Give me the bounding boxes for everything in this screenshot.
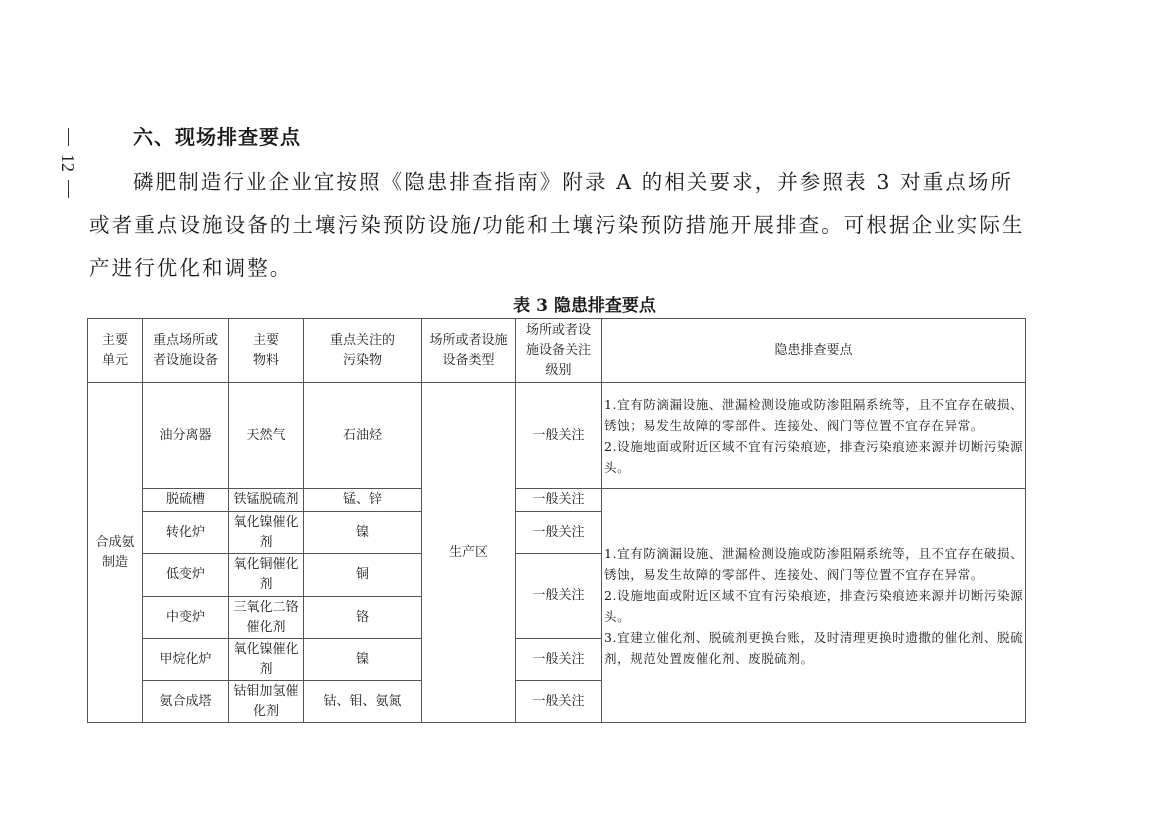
facility-cell: 中变炉	[143, 597, 229, 639]
level-cell: 一般关注	[516, 489, 602, 512]
header-cell: 重点场所或者设施设备	[143, 319, 229, 383]
material-cell: 钴钼加氢催化剂	[229, 681, 304, 723]
key-points-cell: 1.宜有防滴漏设施、泄漏检测设施或防渗阻隔系统等，且不宜存在破损、锈蚀，易发生故…	[602, 489, 1026, 723]
key-point-item: 3.宜建立催化剂、脱硫剂更换台账，及时清理更换时遗撒的催化剂、脱硫剂，规范处置废…	[604, 627, 1024, 669]
material-cell: 天然气	[229, 383, 304, 489]
header-cell: 主要物料	[229, 319, 304, 383]
material-cell: 氧化镍催化剂	[229, 512, 304, 554]
hazard-inspection-table: 主要单元 重点场所或者设施设备 主要物料 重点关注的污染物 场所或者设施设备类型…	[87, 318, 1026, 723]
pollutant-cell: 镍	[304, 639, 422, 681]
key-points-cell: 1.宜有防滴漏设施、泄漏检测设施或防渗阻隔系统等，且不宜存在破损、锈蚀；易发生故…	[602, 383, 1026, 489]
page-number-text: 12	[58, 154, 78, 172]
material-cell: 三氧化二铬催化剂	[229, 597, 304, 639]
key-point-item: 1.宜有防滴漏设施、泄漏检测设施或防渗阻隔系统等，且不宜存在破损、锈蚀；易发生故…	[604, 394, 1024, 436]
level-cell: 一般关注	[516, 681, 602, 723]
facility-cell: 脱硫槽	[143, 489, 229, 512]
facility-cell: 氨合成塔	[143, 681, 229, 723]
header-cell: 场所或者设施设备类型	[422, 319, 516, 383]
header-cell: 场所或者设施设备关注级别	[516, 319, 602, 383]
pollutant-cell: 铬	[304, 597, 422, 639]
pollutant-cell: 锰、锌	[304, 489, 422, 512]
material-cell: 铁锰脱硫剂	[229, 489, 304, 512]
section-title: 六、现场排查要点	[133, 121, 301, 150]
level-cell: 一般关注	[516, 512, 602, 554]
body-paragraph: 磷肥制造行业企业宜按照《隐患排查指南》附录 A 的相关要求，并参照表 3 对重点…	[89, 161, 1029, 290]
facility-cell: 转化炉	[143, 512, 229, 554]
table-header-row: 主要单元 重点场所或者设施设备 主要物料 重点关注的污染物 场所或者设施设备类型…	[88, 319, 1026, 383]
header-cell: 重点关注的污染物	[304, 319, 422, 383]
level-cell: 一般关注	[516, 383, 602, 489]
level-cell: 一般关注	[516, 639, 602, 681]
divider	[68, 128, 69, 146]
page-number: 12	[56, 128, 80, 218]
key-point-item: 2.设施地面或附近区域不宜有污染痕迹，排查污染痕迹来源并切断污染源头。	[604, 436, 1024, 478]
facility-cell: 甲烷化炉	[143, 639, 229, 681]
facility-cell: 低变炉	[143, 554, 229, 597]
table-row: 合成氨制造 油分离器 天然气 石油烃 生产区 一般关注 1.宜有防滴漏设施、泄漏…	[88, 383, 1026, 489]
table-row: 脱硫槽 铁锰脱硫剂 锰、锌 一般关注 1.宜有防滴漏设施、泄漏检测设施或防渗阻隔…	[88, 489, 1026, 512]
header-cell: 主要单元	[88, 319, 143, 383]
material-cell: 氧化镍催化剂	[229, 639, 304, 681]
level-cell: 一般关注	[516, 554, 602, 639]
divider	[68, 180, 69, 198]
pollutant-cell: 石油烃	[304, 383, 422, 489]
material-cell: 氧化铜催化剂	[229, 554, 304, 597]
facility-type-cell: 生产区	[422, 383, 516, 723]
pollutant-cell: 铜	[304, 554, 422, 597]
header-cell: 隐患排查要点	[602, 319, 1026, 383]
key-point-item: 2.设施地面或附近区域不宜有污染痕迹，排查污染痕迹来源并切断污染源头。	[604, 585, 1024, 627]
key-point-item: 1.宜有防滴漏设施、泄漏检测设施或防渗阻隔系统等，且不宜存在破损、锈蚀，易发生故…	[604, 543, 1024, 585]
facility-cell: 油分离器	[143, 383, 229, 489]
unit-cell: 合成氨制造	[88, 383, 143, 723]
pollutant-cell: 钴、钼、氨氮	[304, 681, 422, 723]
table-title: 表 3 隐患排查要点	[0, 291, 1169, 316]
pollutant-cell: 镍	[304, 512, 422, 554]
